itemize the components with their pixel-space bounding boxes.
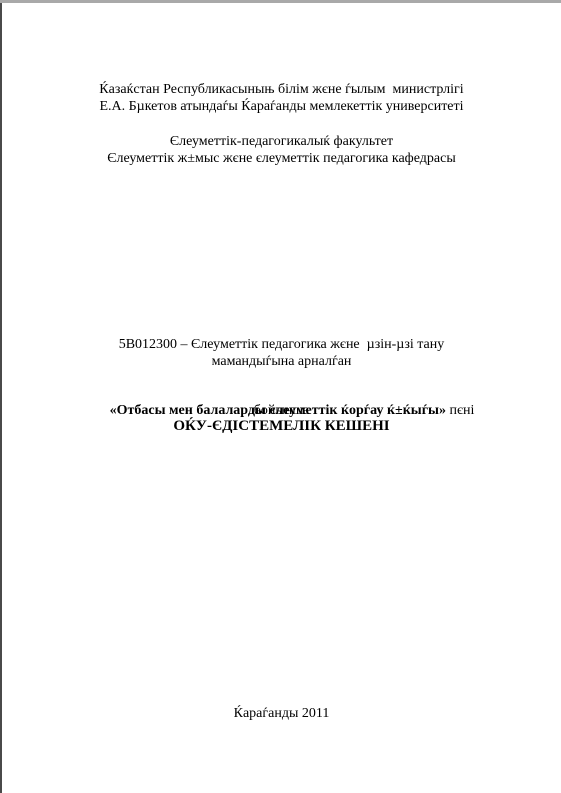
specialty-line-2: мамандыѓына арналѓан [2,353,561,370]
document-viewer: Ќазаќстан Республикасыныњ білім жєне ѓыл… [0,0,561,793]
university-heading: Е.А. Бµкетов атындаѓы Ќараѓанды мемлекет… [2,98,561,115]
ministry-heading: Ќазаќстан Республикасыныњ білім жєне ѓыл… [2,81,561,98]
department-name: Єлеуметтік ж±мыс жєне єлеуметтік педагог… [2,150,561,167]
city-year: Ќараѓанды 2011 [2,705,561,722]
document-page: Ќазаќстан Республикасыныњ білім жєне ѓыл… [2,3,561,793]
faculty-name: Єлеуметтік-педагогикалыќ факультет [2,133,561,150]
specialty-line-1: 5В012300 – Єлеуметтік педагогика жєне µз… [2,336,561,353]
document-type-title: ОЌУ-ЄДІСТЕМЕЛІК КЕШЕНІ [2,418,561,435]
course-title-line-2: бойынша [2,402,561,419]
